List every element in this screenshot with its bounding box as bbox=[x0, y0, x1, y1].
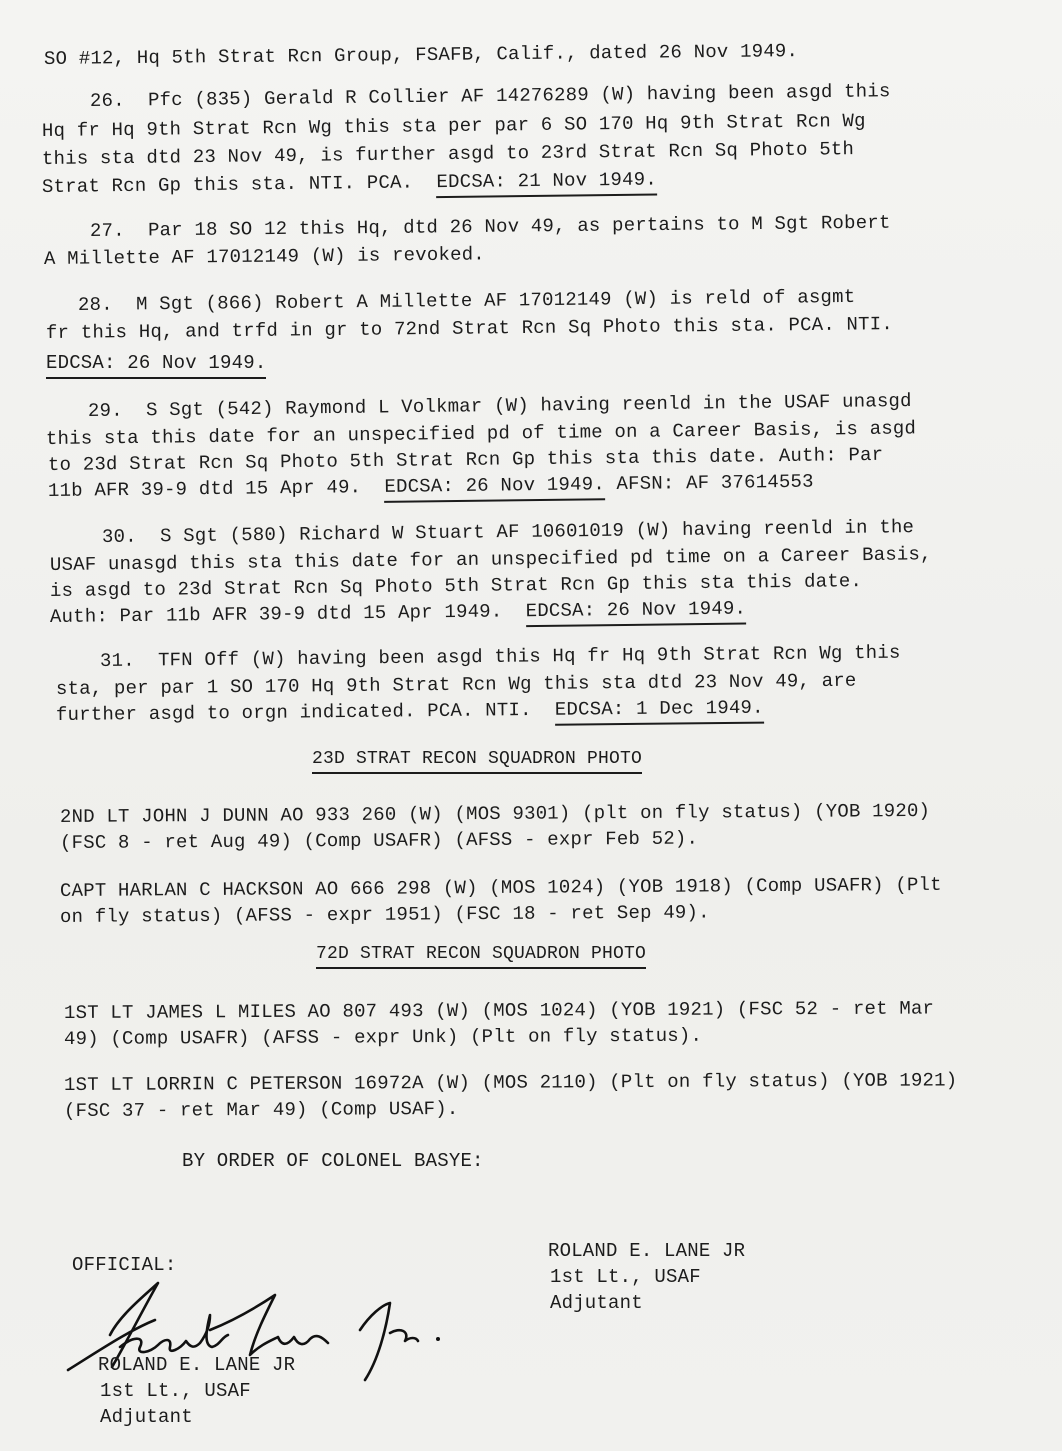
paragraph-26-line-2: Hq fr Hq 9th Strat Rcn Wg this sta per p… bbox=[42, 112, 866, 141]
paragraph-31-line-3: further asgd to orgn indicated. PCA. NTI… bbox=[56, 699, 764, 725]
unit-72d-entry-2-line-1: 1ST LT LORRIN C PETERSON 16972A (W) (MOS… bbox=[64, 1071, 957, 1095]
official-label: OFFICIAL: bbox=[72, 1256, 176, 1275]
signer-right-rank: 1st Lt., USAF bbox=[550, 1268, 701, 1287]
paragraph-31-line-1: 31. TFN Off (W) having been asgd this Hq… bbox=[100, 644, 901, 671]
signer-right-title: Adjutant bbox=[550, 1294, 643, 1313]
afsn-29: AFSN: AF 37614553 bbox=[616, 471, 813, 495]
handwritten-signature bbox=[60, 1275, 500, 1425]
unit-23d-entry-1-line-2: (FSC 8 - ret Aug 49) (Comp USAFR) (AFSS … bbox=[60, 830, 698, 853]
paragraph-28-line-3: EDCSA: 26 Nov 1949. bbox=[46, 354, 266, 373]
unit-heading-72d: 72D STRAT RECON SQUADRON PHOTO bbox=[316, 945, 646, 963]
document-header: SO #12, Hq 5th Strat Rcn Group, FSAFB, C… bbox=[44, 42, 798, 69]
signer-left-title: Adjutant bbox=[100, 1408, 193, 1427]
unit-heading-23d: 23D STRAT RECON SQUADRON PHOTO bbox=[312, 750, 642, 768]
signer-left-name: ROLAND E. LANE JR bbox=[98, 1356, 295, 1375]
unit-72d-entry-2-line-2: (FSC 37 - ret Mar 49) (Comp USAF). bbox=[64, 1100, 459, 1121]
paragraph-28-line-1: 28. M Sgt (866) Robert A Millette AF 170… bbox=[78, 288, 856, 315]
paragraph-26-line-3: this sta dtd 23 Nov 49, is further asgd … bbox=[42, 140, 854, 169]
paragraph-26-line-4: Strat Rcn Gp this sta. NTI. PCA. EDCSA: … bbox=[42, 170, 657, 197]
paragraph-27-line-2: A Millette AF 17012149 (W) is revoked. bbox=[44, 245, 485, 269]
paragraph-30-line-1: 30. S Sgt (580) Richard W Stuart AF 1060… bbox=[102, 518, 914, 547]
signer-left-rank: 1st Lt., USAF bbox=[100, 1382, 251, 1401]
unit-23d-entry-2-line-1: CAPT HARLAN C HACKSON AO 666 298 (W) (MO… bbox=[60, 876, 942, 901]
document-page: SO #12, Hq 5th Strat Rcn Group, FSAFB, C… bbox=[0, 0, 1062, 1451]
edcsa-31: EDCSA: 1 Dec 1949. bbox=[555, 697, 764, 726]
edcsa-28: EDCSA: 26 Nov 1949. bbox=[46, 352, 266, 379]
unit-72d-entry-1-line-1: 1ST LT JAMES L MILES AO 807 493 (W) (MOS… bbox=[64, 999, 934, 1023]
paragraph-29-line-4: 11b AFR 39-9 dtd 15 Apr 49. EDCSA: 26 No… bbox=[48, 473, 814, 501]
edcsa-30: EDCSA: 26 Nov 1949. bbox=[526, 597, 747, 627]
edcsa-29: EDCSA: 26 Nov 1949. bbox=[384, 473, 605, 503]
signer-right-name: ROLAND E. LANE JR bbox=[548, 1242, 745, 1261]
edcsa-26: EDCSA: 21 Nov 1949. bbox=[436, 168, 657, 198]
unit-72d-entry-1-line-2: 49) (Comp USAFR) (AFSS - expr Unk) (Plt … bbox=[64, 1027, 702, 1049]
unit-23d-entry-2-line-2: on fly status) (AFSS - expr 1951) (FSC 1… bbox=[60, 903, 710, 927]
paragraph-29-line-1: 29. S Sgt (542) Raymond L Volkmar (W) ha… bbox=[88, 392, 912, 421]
paragraph-28-line-2: fr this Hq, and trfd in gr to 72nd Strat… bbox=[46, 315, 893, 343]
paragraph-27-line-1: 27. Par 18 SO 12 this Hq, dtd 26 Nov 49,… bbox=[90, 214, 891, 241]
paragraph-30-line-4: Auth: Par 11b AFR 39-9 dtd 15 Apr 1949. … bbox=[50, 599, 746, 627]
paragraph-31-line-2: sta, per par 1 SO 170 Hq 9th Strat Rcn W… bbox=[56, 672, 857, 699]
paragraph-26-line-1: 26. Pfc (835) Gerald R Collier AF 142762… bbox=[90, 82, 891, 111]
by-order-line: BY ORDER OF COLONEL BASYE: bbox=[182, 1152, 484, 1171]
unit-23d-entry-1-line-1: 2ND LT JOHN J DUNN AO 933 260 (W) (MOS 9… bbox=[60, 802, 930, 827]
